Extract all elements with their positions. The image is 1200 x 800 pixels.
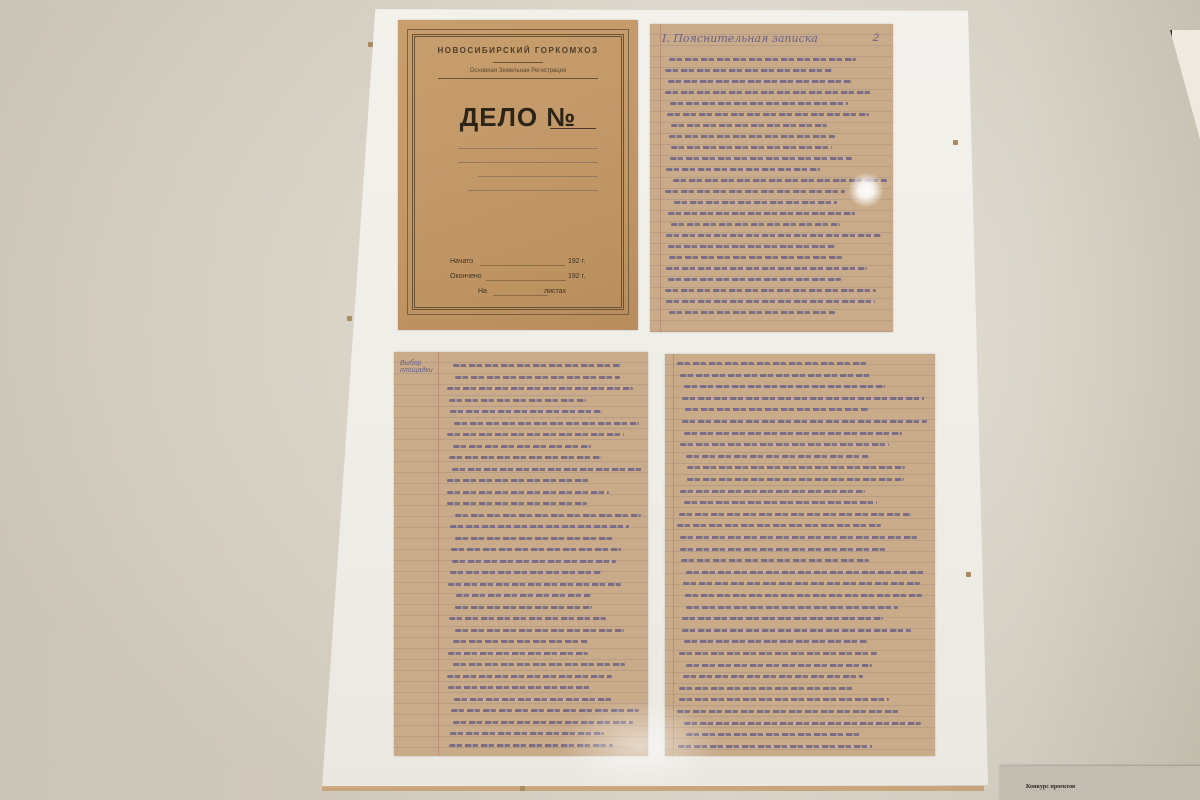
handwriting-stroke <box>452 468 643 471</box>
handwriting-stroke <box>668 80 852 83</box>
handwriting-stroke <box>448 583 621 586</box>
handwriting-stroke <box>451 548 621 551</box>
handwriting-stroke <box>455 376 620 379</box>
handwriting-stroke <box>453 445 591 448</box>
cover-title: ДЕЛО № <box>398 102 638 133</box>
handwriting-stroke <box>669 58 857 61</box>
light-reflection <box>560 700 720 790</box>
handwriting-stroke <box>668 278 842 281</box>
handwriting-stroke <box>453 364 621 367</box>
frame-clip <box>966 572 971 577</box>
divider <box>493 62 543 63</box>
divider <box>438 78 598 79</box>
handwriting-stroke <box>684 640 868 643</box>
handwriting-stroke <box>677 362 869 365</box>
handwriting-stroke <box>455 514 640 517</box>
handwriting-stroke <box>447 387 632 390</box>
handwriting-stroke <box>682 617 883 620</box>
frame-clip <box>347 316 352 321</box>
frame-clip <box>520 786 525 791</box>
handwriting-stroke <box>671 146 832 149</box>
handwriting-stroke <box>669 256 842 259</box>
margin-line <box>673 354 674 756</box>
page-heading: I. Пояснительная записка <box>662 32 818 45</box>
handwriting-stroke <box>449 617 606 620</box>
handwriting-stroke <box>665 190 845 193</box>
case-number-line <box>550 128 596 129</box>
handwriting-stroke <box>679 513 911 516</box>
sheets-prefix: На <box>478 288 487 295</box>
light-reflection <box>848 172 884 208</box>
handwriting-stroke <box>679 687 856 690</box>
handwriting-stroke <box>447 433 624 436</box>
handwriting-stroke <box>671 124 827 127</box>
finished-label: Окончено <box>450 273 482 280</box>
handwriting-stroke <box>453 663 624 666</box>
handwriting-stroke <box>665 91 873 94</box>
started-label: Начато <box>450 258 473 265</box>
margin-line <box>438 352 439 756</box>
handwritten-page-2: Выбор площадки <box>394 352 648 756</box>
handwriting-line <box>468 190 598 191</box>
handwriting-stroke <box>453 640 588 643</box>
handwritten-page-3 <box>665 354 935 756</box>
handwriting-line <box>458 148 598 149</box>
neighbor-frame-edge <box>1170 30 1200 160</box>
handwriting-stroke <box>668 212 855 215</box>
handwriting-stroke <box>666 234 881 237</box>
handwriting-stroke <box>455 629 624 632</box>
handwriting-stroke <box>450 571 601 574</box>
ornamental-border <box>412 34 624 310</box>
handwriting-stroke <box>680 548 886 551</box>
handwriting-stroke <box>449 456 601 459</box>
finished-line <box>486 280 566 281</box>
handwriting-stroke <box>685 408 869 411</box>
handwriting-stroke <box>686 606 898 609</box>
handwriting-stroke <box>448 686 589 689</box>
handwriting-stroke <box>455 606 592 609</box>
handwriting-stroke <box>452 560 616 563</box>
handwriting-stroke <box>681 559 869 562</box>
finished-year: 192 г. <box>568 273 585 280</box>
cover-department: Основная Земельная Регистрация <box>398 68 638 74</box>
handwriting-stroke <box>670 157 853 160</box>
handwriting-stroke <box>450 525 629 528</box>
handwriting-stroke <box>449 399 586 402</box>
handwriting-stroke <box>671 223 840 226</box>
frame-clip <box>368 42 373 47</box>
handwriting-stroke <box>450 410 602 413</box>
case-file-cover: НОВОСИБИРСКИЙ ГОРКОМХОЗ Основная Земельн… <box>398 20 638 330</box>
handwriting-stroke <box>667 113 869 116</box>
margin-line <box>660 24 661 332</box>
handwriting-stroke <box>455 537 613 540</box>
handwriting-stroke <box>447 502 587 505</box>
handwriting-stroke <box>670 102 848 105</box>
handwriting-stroke <box>677 524 880 527</box>
handwriting-stroke <box>687 466 905 469</box>
handwriting-stroke <box>686 455 869 458</box>
handwriting-stroke <box>682 629 911 632</box>
handwriting-stroke <box>687 478 904 481</box>
cover-organization: НОВОСИБИРСКИЙ ГОРКОМХОЗ <box>398 46 638 55</box>
exhibit-label-text: Конкурс проектов <box>1026 784 1075 790</box>
handwriting-stroke <box>447 491 610 494</box>
handwriting-stroke <box>680 490 865 493</box>
handwriting-stroke <box>668 245 834 248</box>
handwriting-stroke <box>454 422 639 425</box>
handwriting-stroke <box>684 501 877 504</box>
handwriting-stroke <box>665 289 876 292</box>
handwriting-stroke <box>447 675 611 678</box>
handwriting-stroke <box>456 594 591 597</box>
handwriting-stroke <box>686 571 925 574</box>
handwriting-stroke <box>666 300 874 303</box>
exhibit-label-card: Конкурс проектов <box>1000 766 1200 800</box>
handwriting-stroke <box>447 479 590 482</box>
handwriting-line <box>458 162 598 163</box>
handwriting-stroke <box>666 168 820 171</box>
handwriting-stroke <box>682 397 924 400</box>
handwriting-stroke <box>680 536 921 539</box>
handwriting-stroke <box>669 311 835 314</box>
frame-clip <box>953 140 958 145</box>
handwriting-stroke <box>686 664 873 667</box>
handwriting-stroke <box>683 582 920 585</box>
sheets-suffix: листах <box>544 288 566 295</box>
handwriting-stroke <box>683 675 862 678</box>
handwriting-stroke <box>665 69 832 72</box>
handwriting-line <box>478 176 598 177</box>
started-line <box>480 265 565 266</box>
handwriting-stroke <box>684 385 885 388</box>
handwriting-stroke <box>448 652 588 655</box>
handwriting-stroke <box>666 267 867 270</box>
handwriting-stroke <box>674 201 837 204</box>
handwriting-stroke <box>680 374 871 377</box>
margin-note: Выбор площадки <box>400 360 438 374</box>
handwriting-stroke <box>669 135 835 138</box>
page-number: 2 <box>873 32 879 44</box>
handwriting-stroke <box>685 594 922 597</box>
started-year: 192 г. <box>568 258 585 265</box>
handwriting-stroke <box>679 652 876 655</box>
handwriting-stroke <box>680 443 889 446</box>
sheets-line <box>493 295 548 296</box>
handwriting-stroke <box>684 432 902 435</box>
handwriting-stroke <box>682 420 928 423</box>
